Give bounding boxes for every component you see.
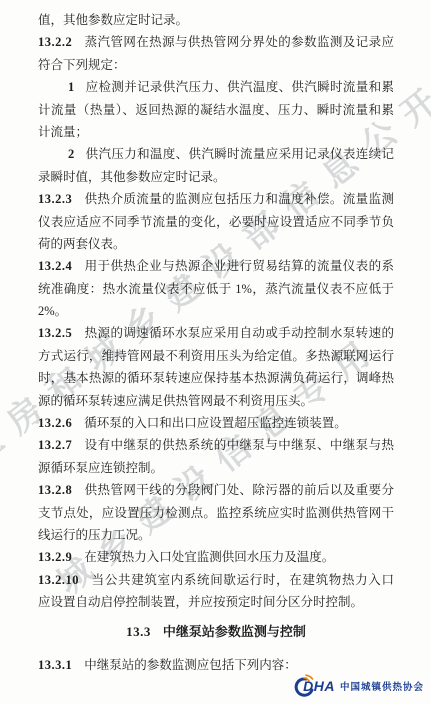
line-text: 应设置自动启停控制装置，并应按预定时间分区分时控制。 [38,595,363,609]
section-heading: 13.3中继泵站参数监测与控制 [38,621,394,643]
line-text: 仪表应适应不同季节流量的变化，必要时应设置适应不同季节负 [38,215,394,229]
doc-line: 13.2.4用于供热企业与热源企业进行贸易结算的流量仪表的系 [38,255,394,277]
doc-line: 仪表应适应不同季节流量的变化，必要时应设置适应不同季节负 [38,211,394,233]
line-text: 方式运行，维持管网最不利资用压头为给定值。多热源联网运行 [38,349,394,363]
line-text: 中继泵站的参数监测应包括下列内容： [84,658,297,672]
section-number: 13.2.3 [38,192,72,206]
section-number: 13.2.7 [38,438,72,452]
line-text: 循环泵的入口和出口应设置超压监控连锁装置。 [84,416,347,430]
line-text: 热源的调速循环水泵应采用自动或手动控制水泵转速的 [84,326,394,340]
section-number: 13.2.10 [38,573,79,587]
doc-line: 13.2.9在建筑热力入口处宜监测供回水压力及温度。 [38,546,394,568]
line-text: 源循环泵应连锁控制。 [38,461,163,475]
section-number: 13.3.1 [38,658,72,672]
line-text: 蒸汽管网在热源与供热管网分界处的参数监测及记录应 [84,35,394,49]
doc-line: 13.2.5热源的调速循环水泵应采用自动或手动控制水泵转速的 [38,322,394,344]
section-number: 13.2.8 [38,483,72,497]
line-text: 计流量（热量）、返回热源的凝结水温度、压力、瞬时流量和累 [38,103,394,117]
section-number: 13.2.4 [38,259,72,273]
dha-logo: DHA 中国城镇供热协会 [291,674,424,698]
section-number: 13.2.6 [38,416,72,430]
line-text: 线运行的压力工况。 [38,528,151,542]
dha-logo-name: 中国城镇供热协会 [340,679,424,693]
dha-logo-acronym: DHA [303,678,335,694]
doc-line: 13.3.1中继泵站的参数监测应包括下列内容： [38,654,394,676]
line-text: 支节点处，应设置压力检测点。监控系统应实时监测供热管网干 [38,506,394,520]
line-text: 供热管网干线的分段阀门处、除污器的前后以及重要分 [84,483,394,497]
line-text: 设有中继泵的供热系统的中继泵与中继泵、中继泵与热 [84,438,394,452]
section-number: 13.2.2 [38,35,72,49]
doc-line: 13.2.2蒸汽管网在热源与供热管网分界处的参数监测及记录应 [38,31,394,53]
doc-line: 13.2.6循环泵的入口和出口应设置超压监控连锁装置。 [38,412,394,434]
document-page: 住房和城乡建设部信息公开 城乡建设信息专用 值，其他参数应定时记录。 13.2.… [0,0,431,704]
line-text: 时，基本热源的循环泵转速应保持基本热源满负荷运行，调峰热 [38,371,394,385]
line-text: 供汽压力和温度、供汽瞬时流量应采用记录仪表连续记 [85,147,394,161]
doc-line: 值，其他参数应定时记录。 [38,9,394,31]
line-text: 2%。 [38,304,67,318]
doc-line: 1应检测并记录供汽压力、供汽温度、供汽瞬时流量和累 [38,76,394,98]
doc-line: 符合下列规定： [38,54,394,76]
line-text: 供热介质流量的监测应包括压力和温度补偿。流量监测 [84,192,394,206]
heading-title: 中继泵站参数监测与控制 [163,624,306,639]
line-text: 用于供热企业与热源企业进行贸易结算的流量仪表的系 [84,259,394,273]
doc-line: 13.2.7设有中继泵的供热系统的中继泵与中继泵、中继泵与热 [38,434,394,456]
line-text: 统准确度：热水流量仪表不应低于 1%，蒸汽流量仪表不应低于 [38,282,394,296]
document-body: 值，其他参数应定时记录。 13.2.2蒸汽管网在热源与供热管网分界处的参数监测及… [38,9,394,676]
doc-line: 支节点处，应设置压力检测点。监控系统应实时监测供热管网干 [38,502,394,524]
doc-line: 13.2.8供热管网干线的分段阀门处、除污器的前后以及重要分 [38,479,394,501]
line-text: 计流量； [38,125,88,139]
doc-line: 录瞬时值，其他参数应定时记录。 [38,166,394,188]
doc-line: 计流量； [38,121,394,143]
line-text: 当公共建筑室内系统间歇运行时，在建筑物热力入口 [91,573,394,587]
doc-line: 13.2.3供热介质流量的监测应包括压力和温度补偿。流量监测 [38,188,394,210]
doc-line: 荷的两套仪表。 [38,233,394,255]
item-number: 1 [68,80,74,94]
doc-line: 线运行的压力工况。 [38,524,394,546]
doc-line: 方式运行，维持管网最不利资用压头为给定值。多热源联网运行 [38,345,394,367]
item-number: 2 [68,147,74,161]
doc-line: 时，基本热源的循环泵转速应保持基本热源满负荷运行，调峰热 [38,367,394,389]
line-text: 应检测并记录供汽压力、供汽温度、供汽瞬时流量和累 [85,80,394,94]
doc-line: 2供汽压力和温度、供汽瞬时流量应采用记录仪表连续记 [38,143,394,165]
doc-line: 计流量（热量）、返回热源的凝结水温度、压力、瞬时流量和累 [38,99,394,121]
line-text: 荷的两套仪表。 [38,237,126,251]
line-text: 录瞬时值，其他参数应定时记录。 [38,170,226,184]
line-text: 源的循环泵转速应满足供热管网最不利资用压头。 [38,394,313,408]
doc-line: 源循环泵应连锁控制。 [38,457,394,479]
section-number: 13.2.5 [38,326,72,340]
doc-line: 13.2.10当公共建筑室内系统间歇运行时，在建筑物热力入口 [38,569,394,591]
line-text: 符合下列规定： [38,58,126,72]
doc-line: 2%。 [38,300,394,322]
doc-line: 源的循环泵转速应满足供热管网最不利资用压头。 [38,390,394,412]
line-text: 在建筑热力入口处宜监测供回水压力及温度。 [84,550,334,564]
doc-line: 应设置自动启停控制装置，并应按预定时间分区分时控制。 [38,591,394,613]
heading-number: 13.3 [126,624,151,639]
doc-line: 统准确度：热水流量仪表不应低于 1%，蒸汽流量仪表不应低于 [38,278,394,300]
line-text: 值，其他参数应定时记录。 [38,13,188,27]
section-number: 13.2.9 [38,550,72,564]
